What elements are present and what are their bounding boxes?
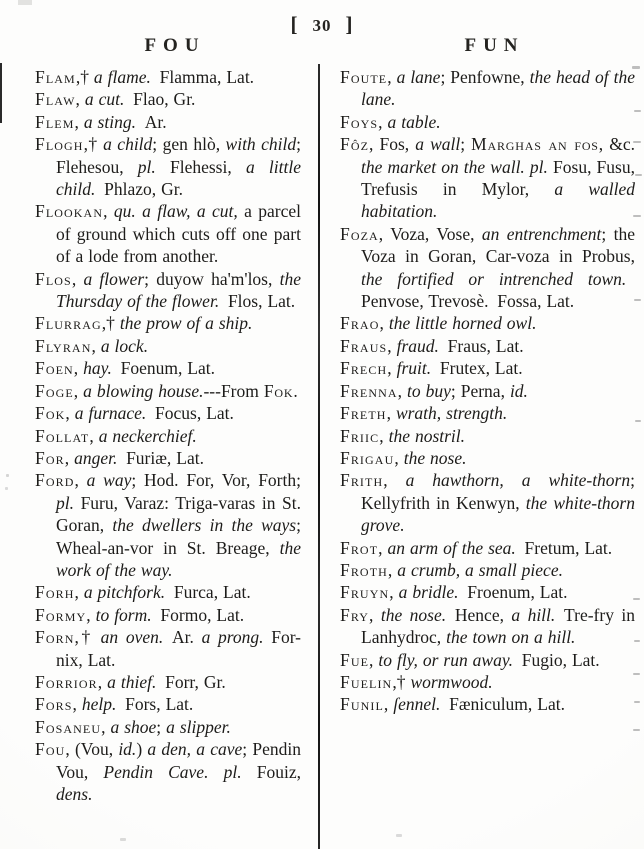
dictionary-entry: Fok, a furnace. Focus, Lat. <box>35 402 301 424</box>
dictionary-entry: Ford, a way; Hod. For, Vor, Forth; pl. F… <box>35 469 301 581</box>
headword: Fuelin <box>340 672 392 692</box>
headword: Friic <box>340 426 379 446</box>
headword: Frao <box>340 313 379 333</box>
dictionary-entry: For, anger. Furiæ, Lat. <box>35 447 301 469</box>
column-header-left: FOU <box>35 35 308 57</box>
dictionary-entry: Frech, fruit. Frutex, Lat. <box>340 357 635 379</box>
headword: Flookan <box>35 201 103 221</box>
left-bracket: [ <box>291 12 299 36</box>
headword: Funil <box>340 694 384 714</box>
scan-artifact <box>396 834 402 837</box>
headword: Flam <box>35 67 76 87</box>
headword: Freth <box>340 403 387 423</box>
dictionary-entry: Formy, to form. Formo, Lat. <box>35 604 301 626</box>
dictionary-entry: Friic, the nostril. <box>340 425 635 447</box>
headword: Flos <box>35 269 72 289</box>
scan-artifact <box>635 174 642 176</box>
scan-artifact <box>633 729 640 731</box>
dictionary-entry: Flookan, qu. a flaw, a cut, a parcel of … <box>35 200 301 267</box>
dictionary-entry: Frot, an arm of the sea. Fretum, Lat. <box>340 537 635 559</box>
scan-artifact <box>634 110 641 112</box>
right-column-entries: Foute, a lane; Penfowne, the head of the… <box>340 66 635 716</box>
dictionary-entry: Foza, Voza, Vose, an entrenchment; the V… <box>340 223 635 313</box>
headword: Flyran <box>35 336 91 356</box>
dictionary-entry: Foys, a table. <box>340 111 635 133</box>
scan-artifact <box>633 598 640 600</box>
headword: Formy <box>35 605 86 625</box>
scan-artifact <box>634 299 641 301</box>
headword: Fue <box>340 650 369 670</box>
headword: Fry <box>340 605 369 625</box>
headword: Foen <box>35 358 74 378</box>
scan-artifact <box>634 701 640 703</box>
dictionary-entry: Fruyn, a bridle. Froenum, Lat. <box>340 581 635 603</box>
dictionary-entry: Flem, a sting. Ar. <box>35 111 301 133</box>
dictionary-entry: Foge, a blowing house.---From Fok. <box>35 380 301 402</box>
scan-artifact <box>634 640 640 642</box>
scan-artifact <box>632 66 640 69</box>
scan-artifact <box>18 0 32 5</box>
dictionary-entry: Forn,† an oven. Ar. a prong. For-nix, La… <box>35 626 301 671</box>
headword: Foys <box>340 112 378 132</box>
left-column-entries: Flam,† a flame. Flamma, Lat.Flaw, a cut.… <box>35 66 301 805</box>
right-bracket: ] <box>346 12 354 36</box>
dictionary-entry: Fraus, fraud. Fraus, Lat. <box>340 335 635 357</box>
headword: Flurrag <box>35 313 102 333</box>
headword: Frenna <box>340 381 398 401</box>
dictionary-entry: Fue, to fly, or run away. Fugio, Lat. <box>340 649 635 671</box>
headword: Fraus <box>340 336 387 356</box>
headword: Flaw <box>35 89 76 109</box>
headword: Foza <box>340 224 379 244</box>
dictionary-entry: Fuelin,† wormwood. <box>340 671 635 693</box>
scan-artifact <box>633 673 640 675</box>
headword: Fruyn <box>340 582 389 602</box>
headword: Forrior <box>35 672 98 692</box>
dictionary-entry: Freth, wrath, strength. <box>340 402 635 424</box>
dictionary-entry: Fors, help. Fors, Lat. <box>35 693 301 715</box>
dictionary-entry: Forh, a pitchfork. Furca, Lat. <box>35 581 301 603</box>
dictionary-entry: Flyran, a lock. <box>35 335 301 357</box>
headword: Fok <box>35 403 65 423</box>
dictionary-entry: Foute, a lane; Penfowne, the head of the… <box>340 66 635 111</box>
headword: Fors <box>35 694 72 714</box>
dictionary-entry: Fou, (Vou, id.) a den, a cave; Pendin Vo… <box>35 738 301 805</box>
dictionary-entry: Flogh,† a child; gen hlò, with child; Fl… <box>35 133 301 200</box>
dictionary-entry: Fosaneu, a shoe; a slipper. <box>35 716 301 738</box>
dictionary-entry: Foen, hay. Foenum, Lat. <box>35 357 301 379</box>
scan-artifact <box>635 420 641 422</box>
scan-artifact <box>0 63 2 123</box>
dictionary-entry: Flurrag,† the prow of a ship. <box>35 312 301 334</box>
page-number: 30 <box>313 16 332 36</box>
headword: Frot <box>340 538 378 558</box>
dictionary-entry: Froth, a crumb, a small piece. <box>340 559 635 581</box>
dictionary-entry: Frigau, the nose. <box>340 447 635 469</box>
headword: Foute <box>340 67 387 87</box>
dictionary-entry: Frith, a hawthorn, a white-thorn; Kellyf… <box>340 469 635 536</box>
headword: Frigau <box>340 448 394 468</box>
scan-artifact <box>5 487 8 490</box>
dictionary-entry: Fôz, Fos, a wall; Marghas an fos, &c. th… <box>340 133 635 223</box>
headword: Follat <box>35 426 89 446</box>
scan-artifact <box>633 215 641 217</box>
headword: Ford <box>35 470 74 490</box>
headword: Forn <box>35 627 74 647</box>
scanned-dictionary-page: [30] FOU FUN Flam,† a flame. Flamma, Lat… <box>0 0 644 849</box>
dictionary-entry: Follat, a neckerchief. <box>35 425 301 447</box>
dictionary-entry: Flam,† a flame. Flamma, Lat. <box>35 66 301 88</box>
dictionary-entry: Forrior, a thief. Forr, Gr. <box>35 671 301 693</box>
scan-artifact <box>6 474 9 477</box>
column-header-right: FUN <box>340 35 642 57</box>
scan-artifact <box>120 838 126 841</box>
dictionary-entry: Frenna, to buy; Perna, id. <box>340 380 635 402</box>
scan-artifact <box>633 141 641 143</box>
headword: Frith <box>340 470 383 490</box>
headword: Forh <box>35 582 74 602</box>
headword: Fôz <box>340 134 369 154</box>
dictionary-entry: Fry, the nose. Hence, a hill. Tre-fry in… <box>340 604 635 649</box>
headword: Flem <box>35 112 74 132</box>
dictionary-entry: Funil, ſennel. Fæniculum, Lat. <box>340 693 635 715</box>
headword: For <box>35 448 65 468</box>
dictionary-entry: Flaw, a cut. Flao, Gr. <box>35 88 301 110</box>
headword: Froth <box>340 560 388 580</box>
headword: Foge <box>35 381 74 401</box>
page-number-row: [30] <box>0 12 644 37</box>
dictionary-entry: Flos, a flower; duyow ha'm'los, the Thur… <box>35 268 301 313</box>
headword: Fou <box>35 739 65 759</box>
column-divider-rule <box>318 64 320 849</box>
dictionary-entry: Frao, the little horned owl. <box>340 312 635 334</box>
headword: Fosaneu <box>35 717 101 737</box>
headword: Flogh <box>35 134 84 154</box>
headword: Frech <box>340 358 387 378</box>
